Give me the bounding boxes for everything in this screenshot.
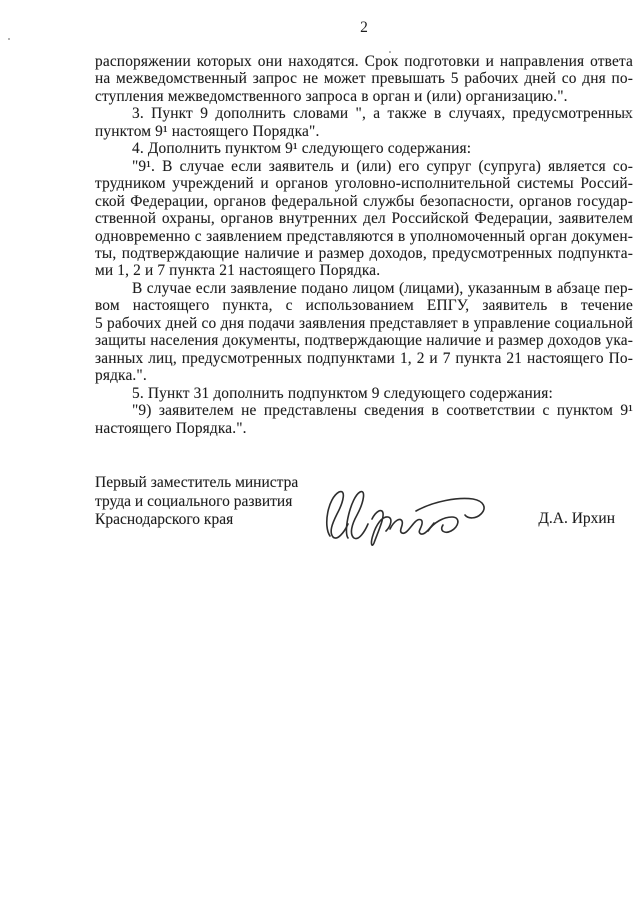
text-line: 3. Пункт 9 дополнить словами ", а также …: [95, 105, 633, 122]
signer-title-line: Первый заместитель министра: [95, 474, 325, 493]
text-line: пунктом 9¹ настоящего Порядка".: [95, 123, 633, 140]
signer-title-line: Краснодарского края: [95, 511, 325, 530]
text-line: на межведомственный запрос не может прев…: [95, 70, 633, 87]
text-line: защиты населения документы, подтверждающ…: [95, 332, 633, 349]
text-line: 4. Дополнить пунктом 9¹ следующего содер…: [95, 140, 633, 157]
text-line: "9¹. В случае если заявитель и (или) его…: [95, 158, 633, 175]
handwritten-signature-icon: [318, 486, 503, 548]
text-line: "9) заявителем не представлены сведения …: [95, 402, 633, 419]
signer-name: Д.А. Ирхин: [538, 510, 615, 529]
text-line: 5 рабочих дней со дня подачи заявления п…: [95, 315, 633, 332]
text-line: одновременно с заявлением представляются…: [95, 228, 633, 245]
body-text: распоряжении которых они находятся. Срок…: [95, 53, 633, 437]
text-line: ты, подтверждающие наличие и размер дохо…: [95, 245, 633, 262]
text-line: В случае если заявление подано лицом (ли…: [95, 280, 633, 297]
page-number: 2: [95, 19, 633, 37]
text-line: 5. Пункт 31 дополнить подпунктом 9 следу…: [95, 385, 633, 402]
text-line: ми 1, 2 и 7 пункта 21 настоящего Порядка…: [95, 262, 633, 279]
text-line: ственной охраны, органов внутренних дел …: [95, 210, 633, 227]
signer-title: Первый заместитель министра труда и соци…: [95, 474, 325, 530]
scan-speck: [624, 114, 630, 116]
text-line: настоящего Порядка.".: [95, 420, 633, 437]
document-page: 2 распоряжении которых они находятся. Ср…: [0, 0, 640, 905]
text-line: рядка.".: [95, 367, 633, 384]
text-line: распоряжении которых они находятся. Срок…: [95, 53, 633, 70]
text-line: ской Федерации, органов федеральной служ…: [95, 193, 633, 210]
signer-title-line: труда и социального развития: [95, 493, 325, 512]
text-line: занных лиц, предусмотренных подпунктами …: [95, 350, 633, 367]
scan-speck: [389, 51, 391, 53]
scan-speck: [8, 38, 10, 40]
text-line: ступления межведомственного запроса в ор…: [95, 88, 633, 105]
text-line: вом настоящего пункта, с использованием …: [95, 297, 633, 314]
text-line: трудником учреждений и органов уголовно-…: [95, 175, 633, 192]
signature-block: Первый заместитель министра труда и соци…: [95, 474, 633, 564]
